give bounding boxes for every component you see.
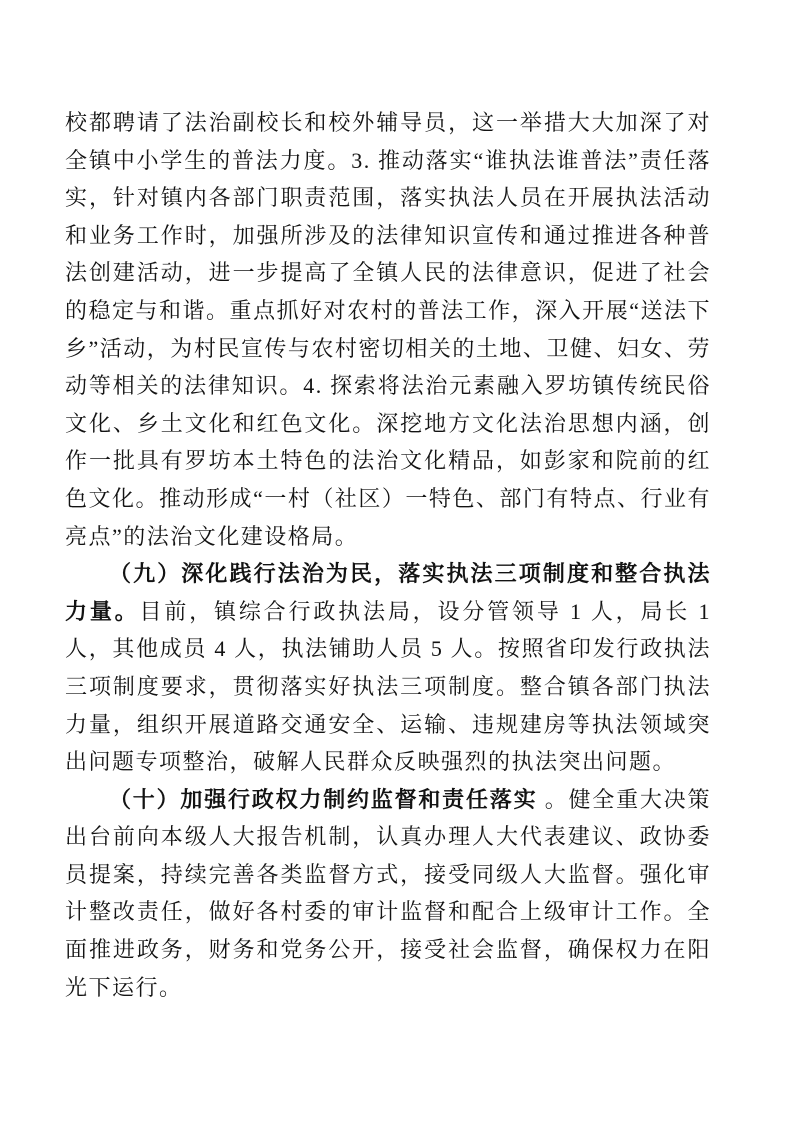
paragraph-section-nine: （九）深化践行法治为民，落实执法三项制度和整合执法力量。目前，镇综合行政执法局，…: [65, 555, 711, 781]
document-page: 校都聘请了法治副校长和校外辅导员，这一举措大大加深了对全镇中小学生的普法力度。3…: [0, 0, 793, 1122]
paragraph-continuation: 校都聘请了法治副校长和校外辅导员，这一举措大大加深了对全镇中小学生的普法力度。3…: [65, 104, 711, 555]
paragraph-continuation-text: 校都聘请了法治副校长和校外辅导员，这一举措大大加深了对全镇中小学生的普法力度。3…: [65, 110, 711, 549]
section-ten-body-text: 。健全重大决策出台前向本级人大报告机制，认真办理人大代表建议、政协委员提案，持续…: [65, 787, 711, 1000]
paragraph-section-ten: （十）加强行政权力制约监督和责任落实 。健全重大决策出台前向本级人大报告机制，认…: [65, 781, 711, 1007]
section-nine-body-text: 目前，镇综合行政执法局，设分管领导 1 人，局长 1 人，其他成员 4 人，执法…: [65, 599, 711, 774]
section-ten-heading: （十）加强行政权力制约监督和责任落实: [109, 787, 537, 812]
document-body: 校都聘请了法治副校长和校外辅导员，这一举措大大加深了对全镇中小学生的普法力度。3…: [65, 104, 711, 1006]
